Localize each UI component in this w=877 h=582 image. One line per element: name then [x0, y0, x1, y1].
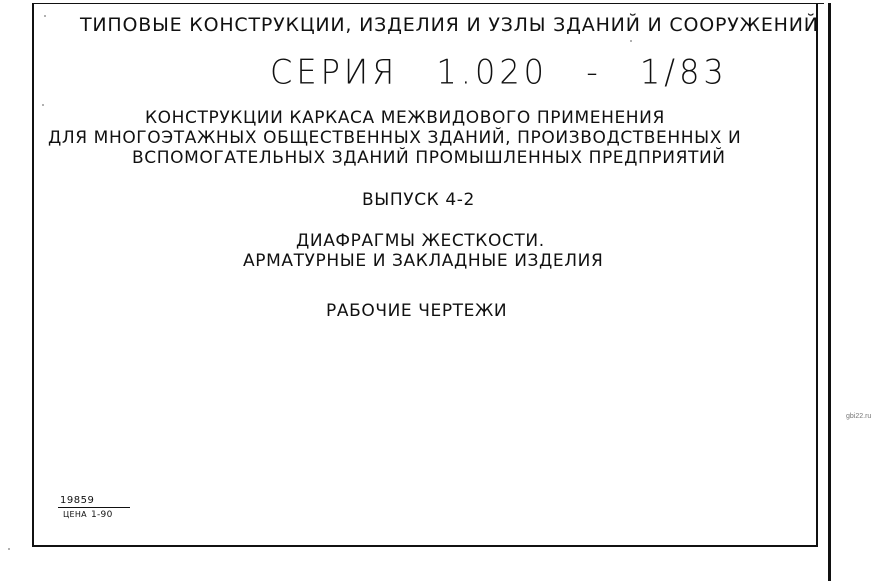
issue-number: ВЫПУСК 4-2: [362, 190, 475, 210]
outer-border-line: [828, 3, 831, 581]
subtitle-line-2: ДЛЯ МНОГОЭТАЖНЫХ ОБЩЕСТВЕННЫХ ЗДАНИЙ, ПР…: [48, 128, 741, 148]
price-block: ЦЕНА1-90: [63, 510, 113, 520]
order-underline: [58, 507, 130, 508]
price-value: 1-90: [91, 510, 113, 520]
scan-speck: [8, 548, 10, 550]
order-number: 19859: [60, 495, 94, 506]
drawing-type: РАБОЧИЕ ЧЕРТЕЖИ: [326, 301, 507, 321]
scan-speck: [630, 40, 632, 42]
subtitle-line-3: ВСПОМОГАТЕЛЬНЫХ ЗДАНИЙ ПРОМЫШЛЕННЫХ ПРЕД…: [132, 148, 726, 168]
title-line-2: АРМАТУРНЫЕ И ЗАКЛАДНЫЕ ИЗДЕЛИЯ: [243, 251, 603, 271]
scan-speck: [92, 510, 94, 512]
price-label: ЦЕНА: [63, 510, 87, 519]
scan-speck: [42, 104, 44, 106]
series-label: СЕРИЯ: [270, 52, 398, 92]
title-line-1: ДИАФРАГМЫ ЖЕСТКОСТИ.: [296, 231, 545, 251]
scan-speck: [44, 15, 46, 17]
subtitle-line-1: КОНСТРУКЦИИ КАРКАСА МЕЖВИДОВОГО ПРИМЕНЕН…: [145, 108, 665, 128]
frame-corner-tick: [818, 3, 824, 4]
document-header: ТИПОВЫЕ КОНСТРУКЦИИ, ИЗДЕЛИЯ И УЗЛЫ ЗДАН…: [80, 14, 819, 36]
series-number: 1.020 - 1/83: [436, 52, 727, 92]
series-title: СЕРИЯ 1.020 - 1/83: [270, 52, 728, 92]
watermark-text: gbi22.ru: [846, 413, 871, 420]
